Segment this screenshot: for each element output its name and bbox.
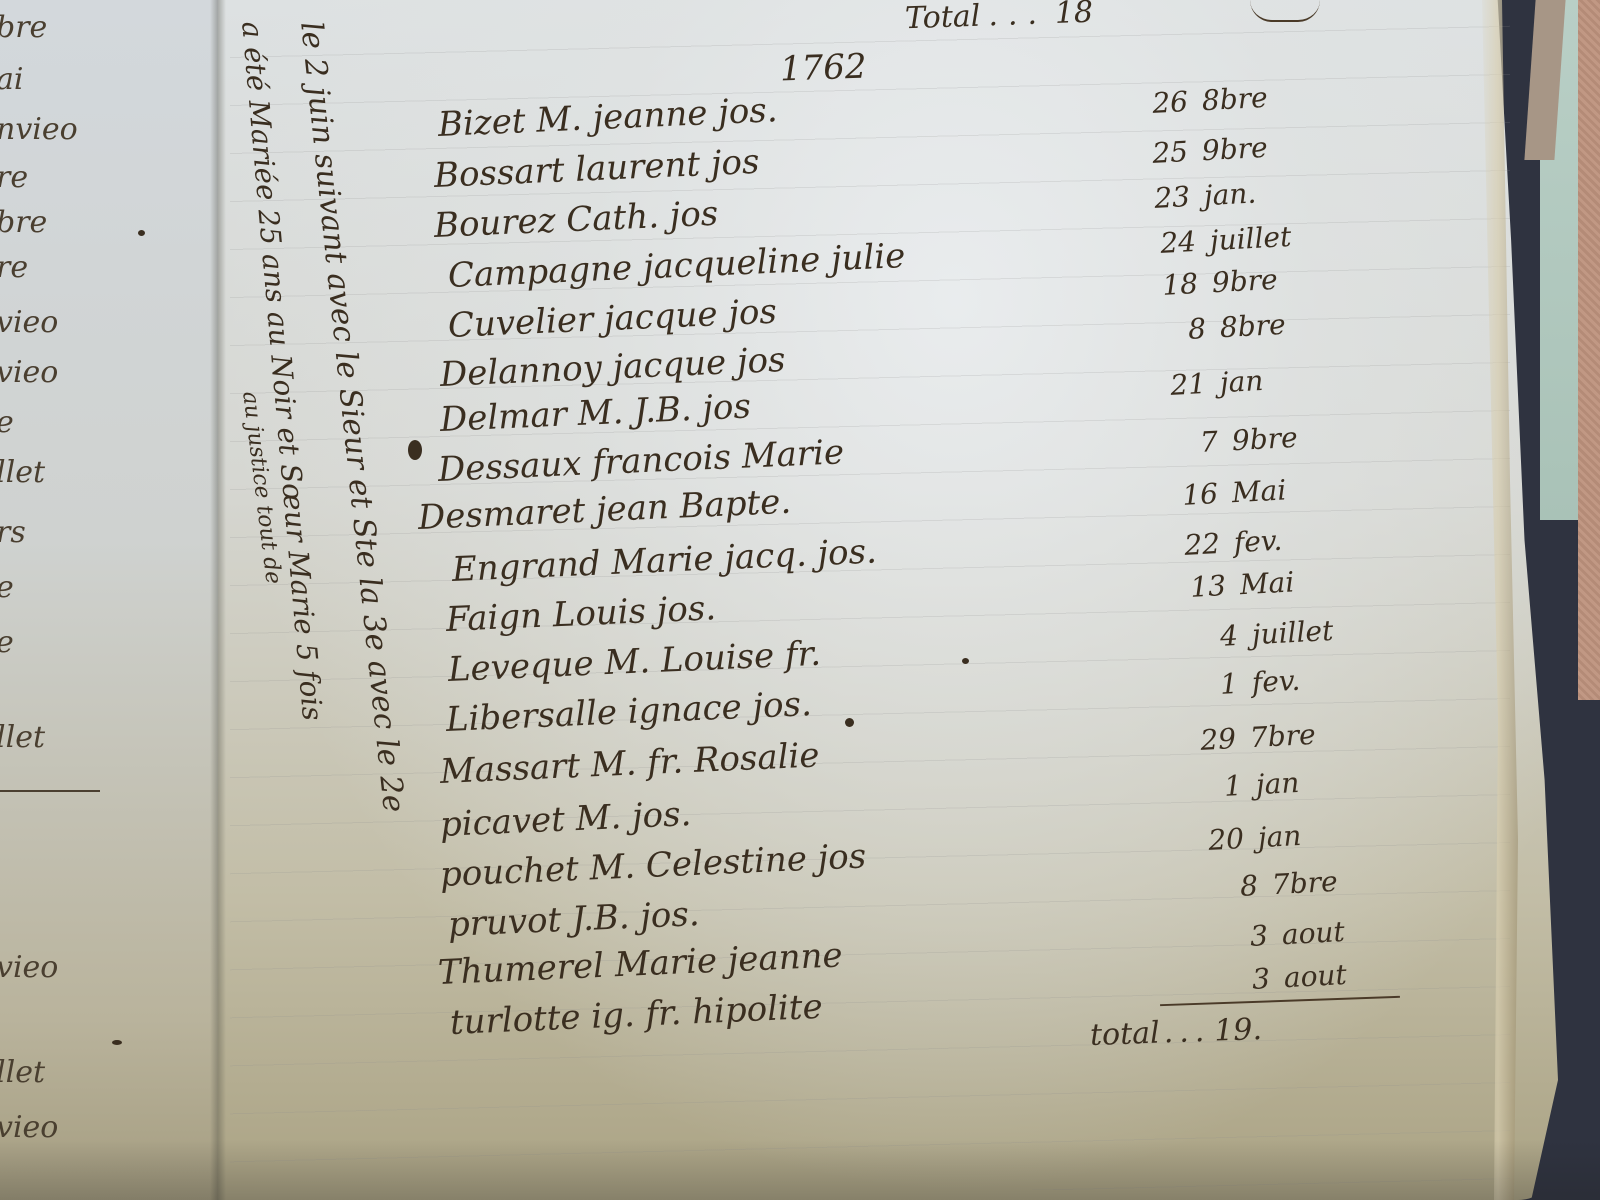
entry-date: 13Mai	[1167, 565, 1295, 605]
flourish-line	[1250, 0, 1320, 22]
entry-month: juillet	[1251, 614, 1334, 651]
left-page-fragment: ai	[0, 62, 23, 97]
ink-blot	[845, 718, 854, 727]
left-page-fragment: rs	[0, 515, 26, 550]
entry-month: jan	[1219, 364, 1264, 399]
left-page-fragment: e	[0, 405, 14, 440]
ink-blot	[112, 1040, 122, 1045]
entry-month: juillet	[1209, 220, 1292, 257]
entry-month: 7bre	[1249, 718, 1316, 754]
left-page-fragment: nvieo	[0, 112, 78, 147]
ink-blot	[962, 658, 969, 664]
entry-month: jan	[1255, 766, 1300, 801]
left-page-fragment: re	[0, 160, 28, 195]
entry-month: Mai	[1231, 473, 1287, 509]
previous-total-dots: ...	[988, 0, 1048, 33]
page-total-label: total	[1089, 1016, 1160, 1053]
left-page-fragment: e	[0, 570, 14, 605]
left-page-fragment: bre	[0, 205, 47, 240]
entry-day: 26	[1129, 85, 1189, 121]
entry-day: 7	[1159, 425, 1219, 461]
entry-month: 9bre	[1231, 421, 1298, 457]
backdrop-book-cover	[1578, 0, 1600, 700]
previous-total-label: Total	[904, 0, 980, 36]
entry-month: fev.	[1233, 524, 1283, 559]
year-heading: 1762	[779, 47, 867, 90]
ink-blot	[408, 440, 422, 460]
entry-day: 3	[1209, 919, 1269, 955]
entry-day: 8	[1199, 869, 1259, 905]
entry-month: aout	[1283, 958, 1347, 994]
entry-day: 4	[1179, 619, 1239, 655]
entry-date: 16Mai	[1159, 473, 1287, 513]
entry-day: 8	[1147, 312, 1207, 348]
page-total-value: 19.	[1214, 1012, 1263, 1049]
entry-month: Mai	[1239, 565, 1295, 601]
entry-date: 1fev.	[1179, 664, 1301, 703]
entry-day: 24	[1137, 225, 1197, 261]
entry-month: 8bre	[1201, 81, 1268, 117]
left-page-fragment: llet	[0, 1055, 45, 1090]
entry-day: 3	[1211, 962, 1271, 998]
left-page: bre ai nvieo re bre re vieo vieo e llet …	[0, 0, 218, 1200]
entry-date: 23jan.	[1131, 177, 1257, 216]
left-page-fragment: e	[0, 625, 14, 660]
left-page-fragment: re	[0, 250, 28, 285]
entry-month: 9bre	[1211, 263, 1278, 299]
entry-date: 1jan	[1183, 766, 1300, 805]
book-gutter	[210, 0, 226, 1200]
entry-day: 16	[1159, 477, 1219, 513]
entry-month: jan.	[1203, 177, 1257, 213]
entry-day: 22	[1161, 527, 1221, 563]
entry-month: 8bre	[1219, 308, 1286, 344]
entry-month: 7bre	[1271, 865, 1338, 901]
entry-month: fev.	[1251, 664, 1301, 699]
entry-day: 23	[1131, 180, 1191, 216]
entry-day: 29	[1177, 722, 1237, 758]
register-photograph: bre ai nvieo re bre re vieo vieo e llet …	[0, 0, 1600, 1200]
entry-date: 20jan	[1185, 819, 1302, 858]
left-page-fragment: llet	[0, 720, 45, 755]
entry-day: 25	[1129, 135, 1189, 171]
page-total: total...19.	[1089, 1012, 1262, 1053]
entry-day: 13	[1167, 569, 1227, 605]
entry-day: 1	[1183, 769, 1243, 805]
entry-date: 22fev.	[1161, 524, 1283, 563]
entry-month: 9bre	[1201, 131, 1268, 167]
previous-total-value: 18	[1054, 0, 1093, 31]
left-page-fragment: vieo	[0, 950, 58, 985]
left-page-fragment: llet	[0, 455, 45, 490]
left-page-fragment: vieo	[0, 305, 58, 340]
entry-date: 3aout	[1209, 915, 1345, 955]
entry-month: jan	[1257, 819, 1302, 854]
ruled-lines	[230, 10, 1510, 1190]
entry-day: 1	[1179, 667, 1239, 703]
entry-day: 18	[1139, 267, 1199, 303]
entry-day: 21	[1147, 367, 1207, 403]
left-page-fragment: bre	[0, 10, 47, 45]
entry-day: 20	[1185, 822, 1245, 858]
ink-blot	[138, 230, 145, 236]
left-page-fragment: vieo	[0, 355, 58, 390]
entry-date: 21jan	[1147, 364, 1264, 403]
entry-month: aout	[1281, 915, 1345, 951]
bottom-shadow	[0, 1140, 1600, 1200]
page-total-dots: ...	[1163, 1014, 1211, 1051]
entry-date: 3aout	[1211, 958, 1347, 998]
left-page-rule	[0, 790, 100, 792]
